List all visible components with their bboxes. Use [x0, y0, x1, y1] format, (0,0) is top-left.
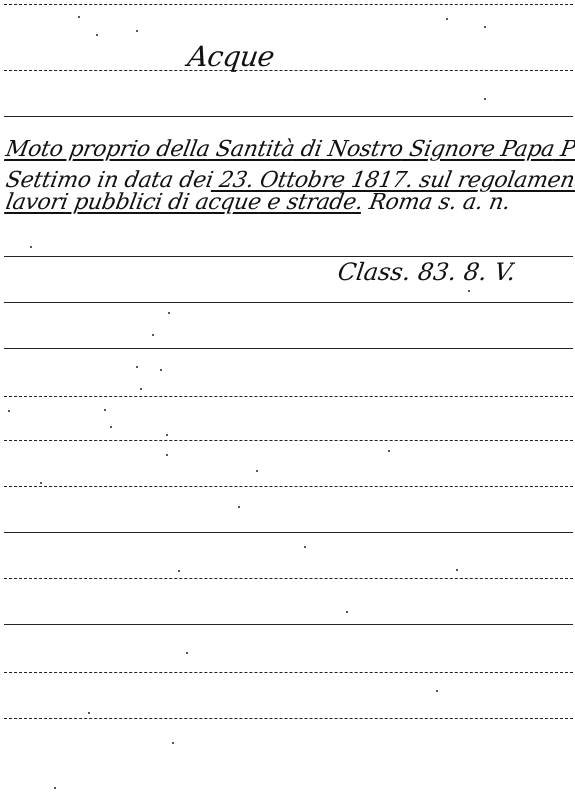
scan-speck	[484, 26, 486, 28]
entry-segment: pubblici	[65, 190, 164, 215]
scan-speck	[166, 454, 168, 456]
entry-line-1: Moto proprio della Santità di Nostro Sig…	[4, 137, 575, 162]
entry-segment: Pio	[552, 137, 575, 162]
scan-speck	[484, 98, 486, 100]
rule-line	[4, 532, 573, 533]
scan-speck	[456, 569, 458, 571]
scan-speck	[96, 34, 98, 36]
scan-speck	[88, 712, 90, 714]
scan-speck	[388, 450, 390, 452]
entry-segment: Nostro	[319, 137, 405, 162]
scan-speck	[468, 290, 470, 292]
entry-segment: s. a. n.	[430, 190, 512, 215]
rule-line	[4, 718, 573, 719]
scan-speck	[160, 369, 162, 371]
rule-line	[4, 578, 573, 579]
entry-segment: Signore	[401, 137, 497, 162]
scan-speck	[140, 388, 142, 390]
entry-segment: di acque	[160, 190, 264, 215]
entry-line-3: lavori pubblici di acque e strade. Roma …	[4, 190, 512, 215]
scan-speck	[136, 30, 138, 32]
rule-line	[4, 4, 573, 5]
scan-speck	[136, 366, 138, 368]
rule-line	[4, 396, 573, 397]
scan-speck	[110, 426, 112, 428]
scan-speck	[152, 334, 154, 336]
rule-line	[4, 440, 573, 441]
scan-speck	[446, 18, 448, 20]
scan-speck	[104, 409, 106, 411]
scan-speck	[8, 410, 10, 412]
entry-segment: e strade.	[259, 190, 365, 215]
rule-line	[4, 624, 573, 625]
scan-speck	[346, 611, 348, 613]
rule-line	[4, 256, 573, 257]
scan-speck	[186, 652, 188, 654]
scan-speck	[238, 506, 240, 508]
rule-line	[4, 486, 573, 487]
scan-speck	[166, 434, 168, 436]
entry-segment: Papa	[492, 137, 556, 162]
entry-segment: Santità	[207, 137, 296, 162]
scan-speck	[178, 570, 180, 572]
scan-speck	[168, 312, 170, 314]
entry-segment: Roma	[361, 190, 435, 215]
rule-line	[4, 116, 573, 117]
scan-speck	[30, 246, 32, 248]
rule-line	[4, 672, 573, 673]
entry-segment: della	[148, 137, 212, 162]
scan-speck	[54, 787, 56, 789]
rule-line	[4, 348, 573, 349]
entry-segment: lavori	[4, 190, 70, 215]
scan-speck	[436, 690, 438, 692]
scan-speck	[256, 470, 258, 472]
card-heading: Acque	[186, 40, 277, 73]
scan-speck	[172, 742, 174, 744]
rule-line	[4, 302, 573, 303]
entry-segment: Moto proprio	[4, 137, 152, 162]
classification-mark: Class. 83. 8. V.	[336, 258, 517, 286]
scan-speck	[78, 16, 80, 18]
scan-speck	[304, 546, 306, 548]
rule-line	[4, 70, 573, 71]
scan-speck	[40, 482, 42, 484]
index-card: Acque Moto proprio della Santità di Nost…	[0, 0, 575, 800]
